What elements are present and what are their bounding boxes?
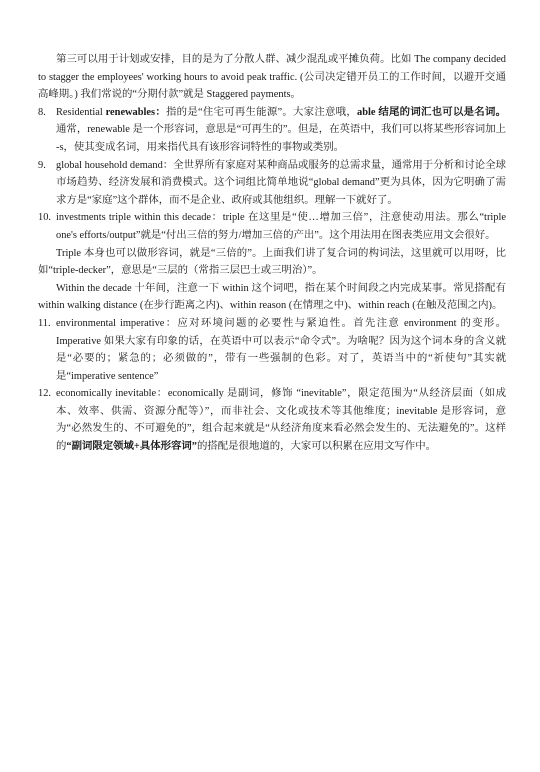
item-term-bold: renewables： [106, 107, 166, 118]
list-item-11: 11. environmental imperative：应对环境问题的必要性与… [38, 315, 506, 385]
item-text: 通常，renewable 是一个形容词，意思是“可再生的”。但是，在英语中，我们… [56, 124, 506, 153]
item-number: 9. [38, 157, 46, 175]
item-paragraph-2: Triple 本身也可以做形容词，就是“三倍的”。上面我们讲了复合词的构词法，这… [38, 245, 506, 280]
list-item-10: 10. investments triple within this decad… [38, 209, 506, 315]
document-page: 第三可以用于计划或安排，目的是为了分散人群、减少混乱或平摊负荷。比如 The c… [38, 51, 506, 456]
item-term: investments triple within this decade： [56, 212, 223, 223]
item-paragraph-3: Within the decade 十年间，注意一下 within 这个词吧，指… [38, 280, 506, 315]
item-emphasis: able 结尾的词汇也可以是名词。 [357, 107, 506, 118]
item-term: economically inevitable： [56, 388, 168, 399]
list-item-9: 9. global household demand：全世界所有家庭对某种商品或… [38, 157, 506, 210]
item-term: global household demand： [56, 160, 173, 171]
item-term: environmental imperative： [56, 318, 177, 329]
item-emphasis: “副词限定领域+具体形容词” [66, 441, 197, 452]
item-number: 11. [38, 315, 51, 333]
item-number: 10. [38, 209, 51, 227]
intro-paragraph: 第三可以用于计划或安排，目的是为了分散人群、减少混乱或平摊负荷。比如 The c… [38, 51, 506, 104]
item-text: 的搭配是很地道的，大家可以积累在应用文写作中。 [197, 441, 436, 452]
list-item-12: 12. economically inevitable：economically… [38, 385, 506, 455]
item-number: 8. [38, 104, 46, 122]
item-term: Residential [56, 107, 106, 118]
list-item-8: 8. Residential renewables：指的是“住宅可再生能源”。大… [38, 104, 506, 157]
item-number: 12. [38, 385, 51, 403]
item-text: 指的是“住宅可再生能源”。大家注意哦， [166, 107, 357, 118]
